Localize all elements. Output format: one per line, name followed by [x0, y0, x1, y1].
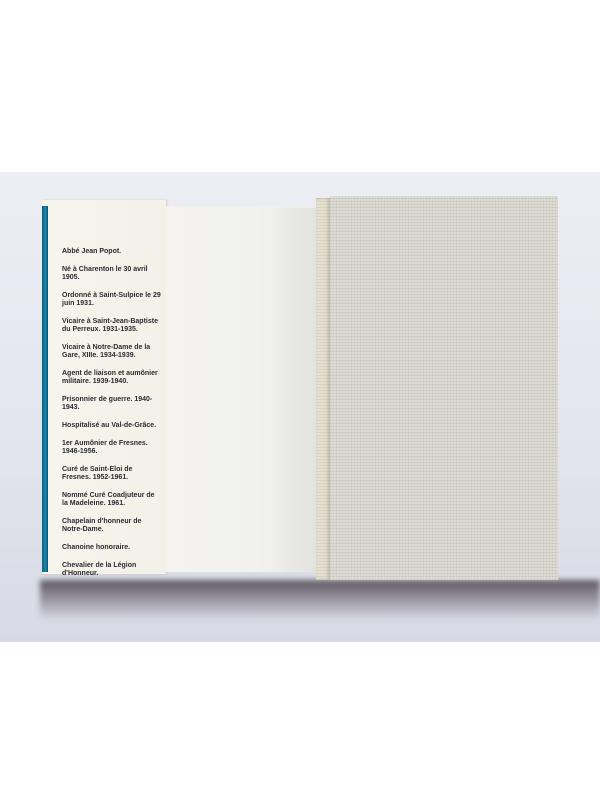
- bio-line: Agent de liaison et aumônier militaire. …: [62, 370, 162, 386]
- bio-line: 1er Aumônier de Fresnes. 1946-1956.: [62, 440, 162, 456]
- bio-line: Chapelain d'honneur de Notre-Dame.: [62, 518, 162, 534]
- bio-line: Vicaire à Saint-Jean-Baptiste du Perreux…: [62, 318, 162, 334]
- book-spine: [316, 198, 330, 580]
- bio-line: Nommé Curé Coadjuteur de la Madeleine. 1…: [62, 492, 162, 508]
- bio-line: Ordonné à Saint-Sulpice le 29 juin 1931.: [62, 292, 162, 308]
- bio-line: Curé de Saint-Eloi de Fresnes. 1952-1961…: [62, 466, 162, 482]
- bio-line: Prisonnier de guerre. 1940-1943.: [62, 396, 162, 412]
- bio-line: Abbé Jean Popot.: [62, 248, 162, 256]
- jacket-fold: [270, 208, 316, 572]
- bio-line: Né à Charenton le 30 avril 1905.: [62, 266, 162, 282]
- bio-line: Chevalier de la Légion d'Honneur.: [62, 562, 162, 578]
- bio-line: Hospitalisé au Val-de-Grâce.: [62, 422, 162, 430]
- flap-biography: Abbé Jean Popot. Né à Charenton le 30 av…: [62, 248, 162, 588]
- linen-cover: [330, 196, 558, 580]
- bio-line: Chanoine honoraire.: [62, 544, 162, 552]
- bio-line: Vicaire à Notre-Dame de la Gare, XIIIe. …: [62, 344, 162, 360]
- flap-blue-edge: [42, 206, 48, 572]
